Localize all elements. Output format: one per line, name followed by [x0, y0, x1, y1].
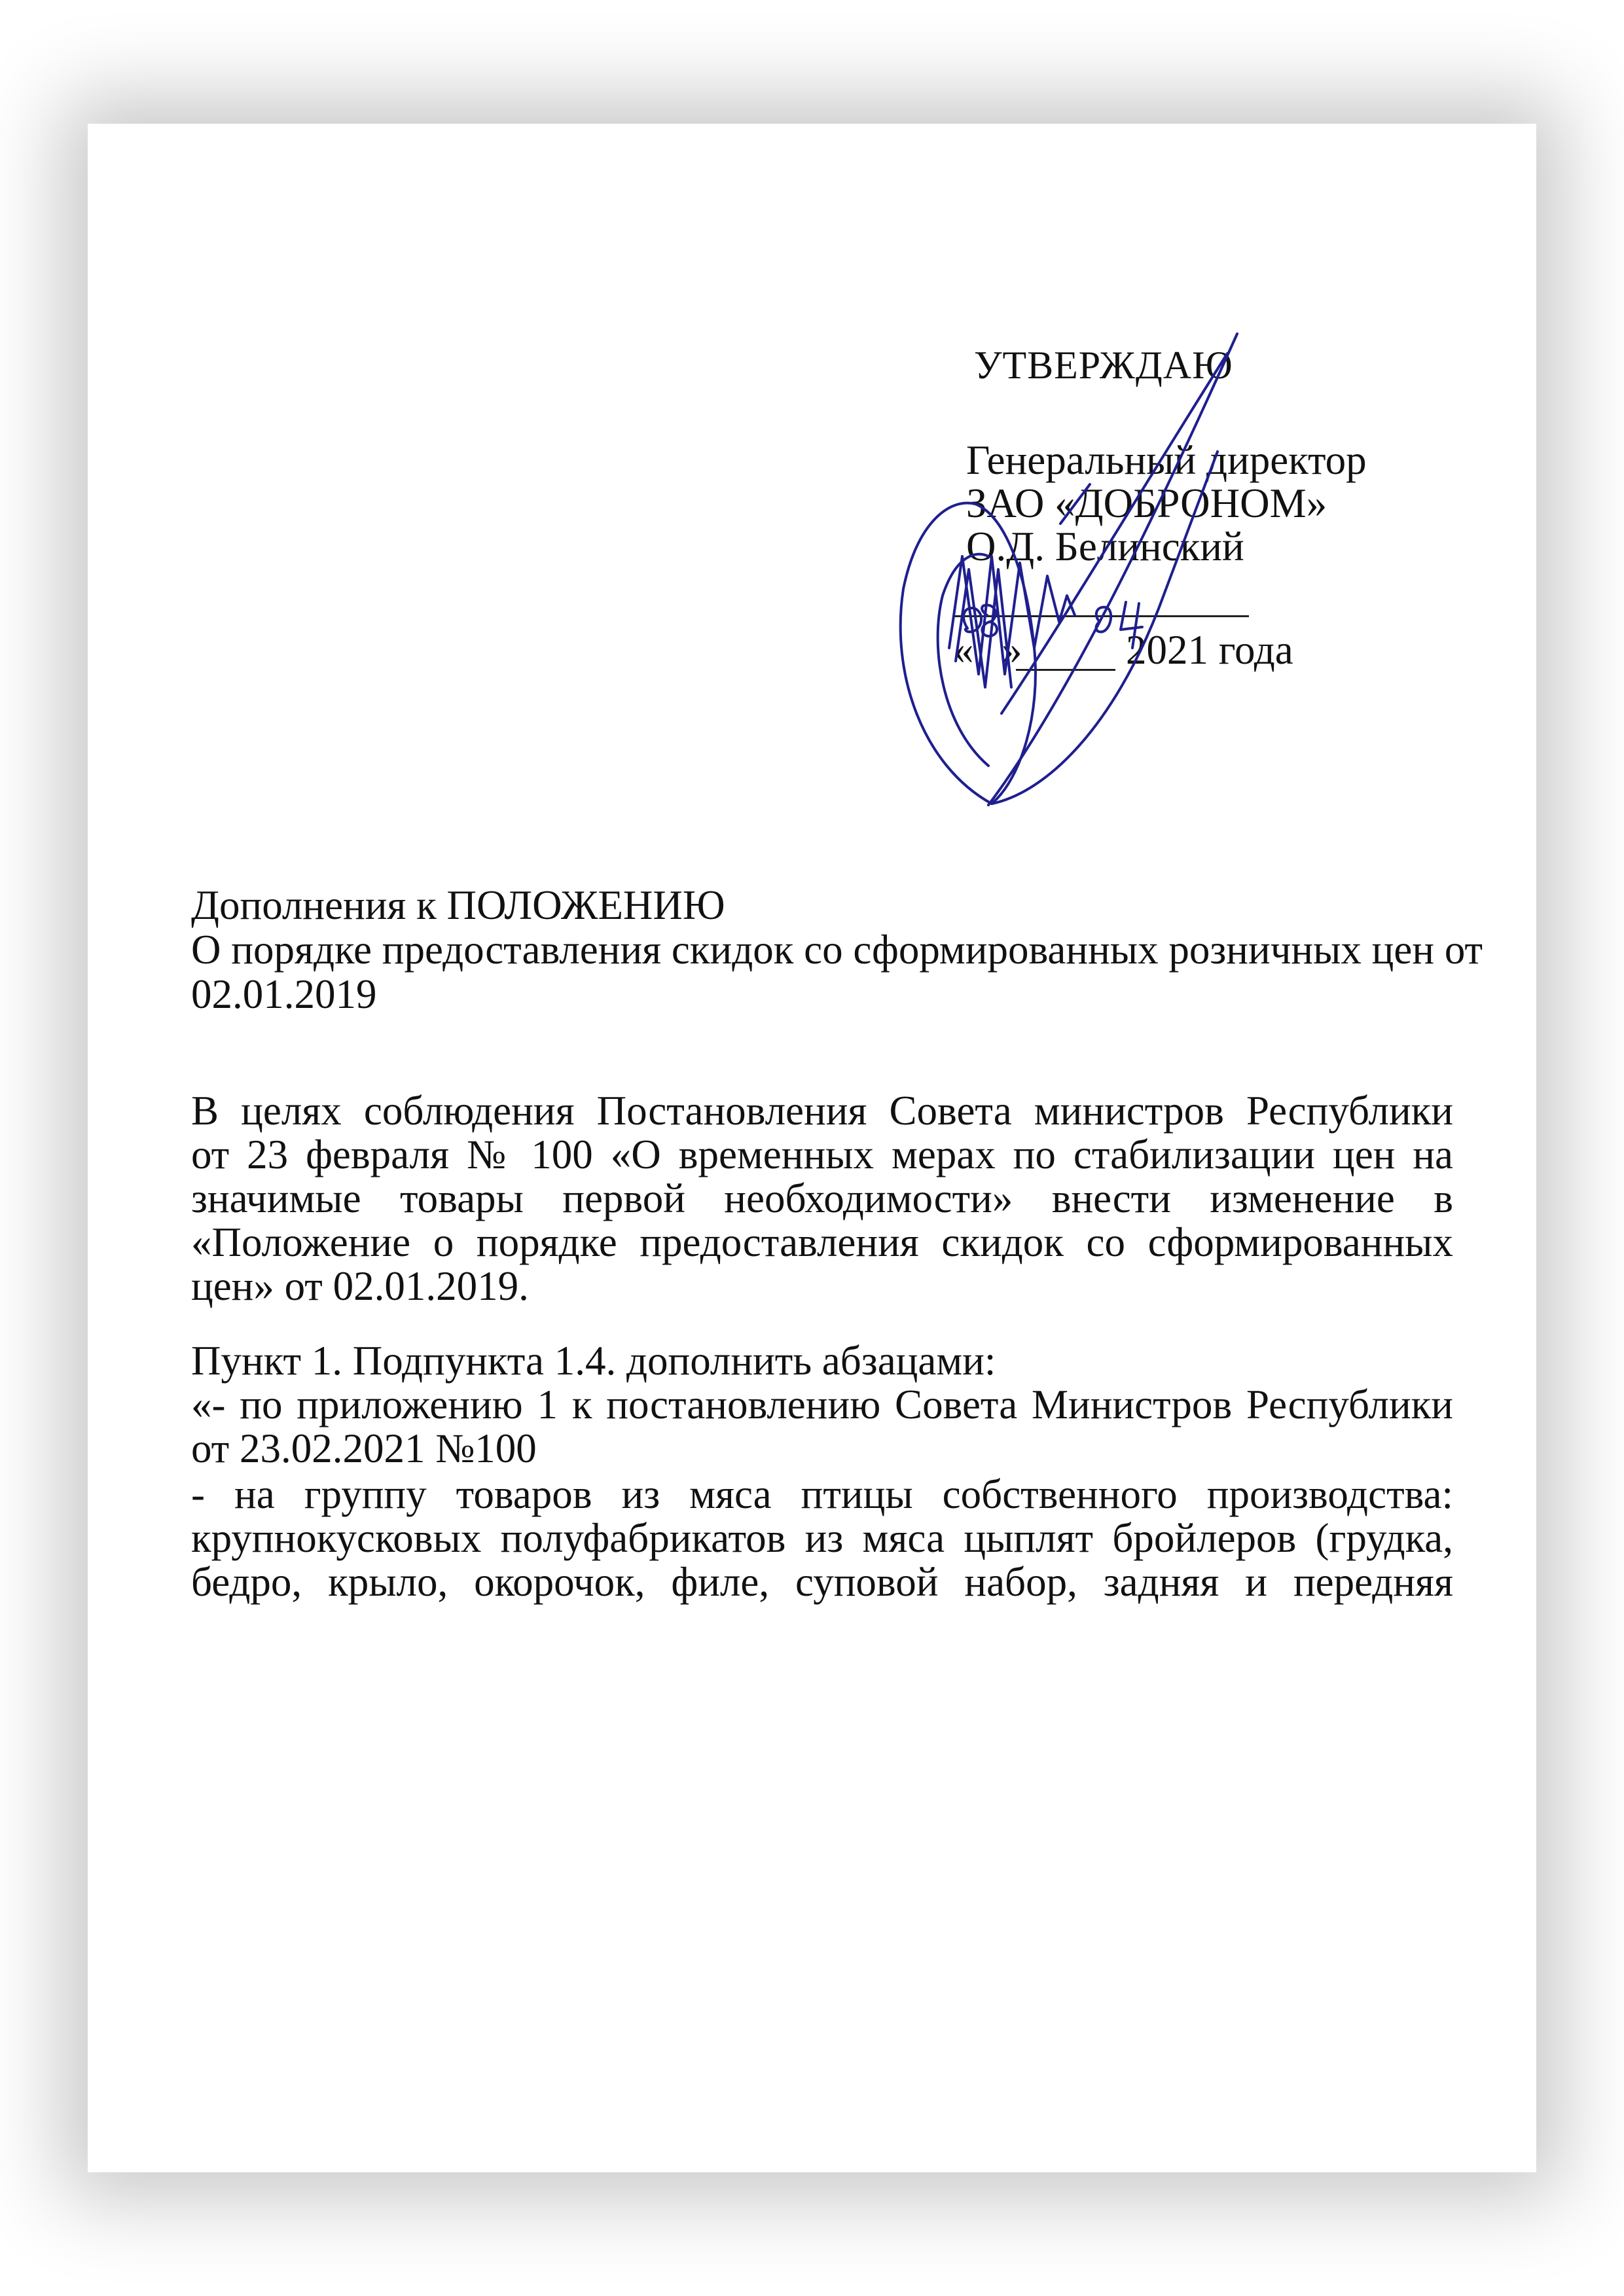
- date-open-quote: «: [953, 630, 974, 671]
- date-year: 2021 года: [1126, 630, 1293, 671]
- paragraph-2-line: бедро, крыло, окорочок, филе, суповой на…: [191, 1562, 1453, 1607]
- paragraph-1-line: от 23 февраля № 100 «О временных мерах п…: [191, 1134, 1453, 1180]
- paragraph-2-line: Пункт 1. Подпункта 1.4. дополнить абзаца…: [191, 1340, 996, 1382]
- paragraph-1-line: В целях соблюдения Постановления Совета …: [191, 1090, 1453, 1136]
- approver-company: ЗАО «ДОБРОНОМ»: [966, 483, 1327, 524]
- heading-line-2: О порядке предоставления скидок со сформ…: [191, 929, 1483, 971]
- heading-line-1: Дополнения к ПОЛОЖЕНИЮ: [191, 885, 725, 926]
- paragraph-1-line: значимые товары первой необходимости» вн…: [191, 1178, 1453, 1224]
- paragraph-2-line: - на группу товаров из мяса птицы собств…: [191, 1474, 1453, 1520]
- paragraph-2-line: от 23.02.2021 №100: [191, 1428, 537, 1469]
- approver-name: О.Д. Белинский: [966, 526, 1244, 567]
- heading-line-3: 02.01.2019: [191, 974, 377, 1015]
- signature-line: [954, 615, 1249, 617]
- approver-position: Генеральный директор: [966, 440, 1367, 481]
- paragraph-2-line: «- по приложению 1 к постановлению Совет…: [191, 1384, 1453, 1430]
- paragraph-2-line: крупнокусковых полуфабрикатов из мяса цы…: [191, 1518, 1453, 1564]
- date-close-quote: »: [1001, 630, 1022, 671]
- paragraph-1-line: «Положение о порядке предоставления скид…: [191, 1222, 1453, 1268]
- paragraph-1-line: цен» от 02.01.2019.: [191, 1266, 529, 1307]
- approval-title: УТВЕРЖДАЮ: [974, 346, 1233, 385]
- date-month-line: [1016, 669, 1115, 671]
